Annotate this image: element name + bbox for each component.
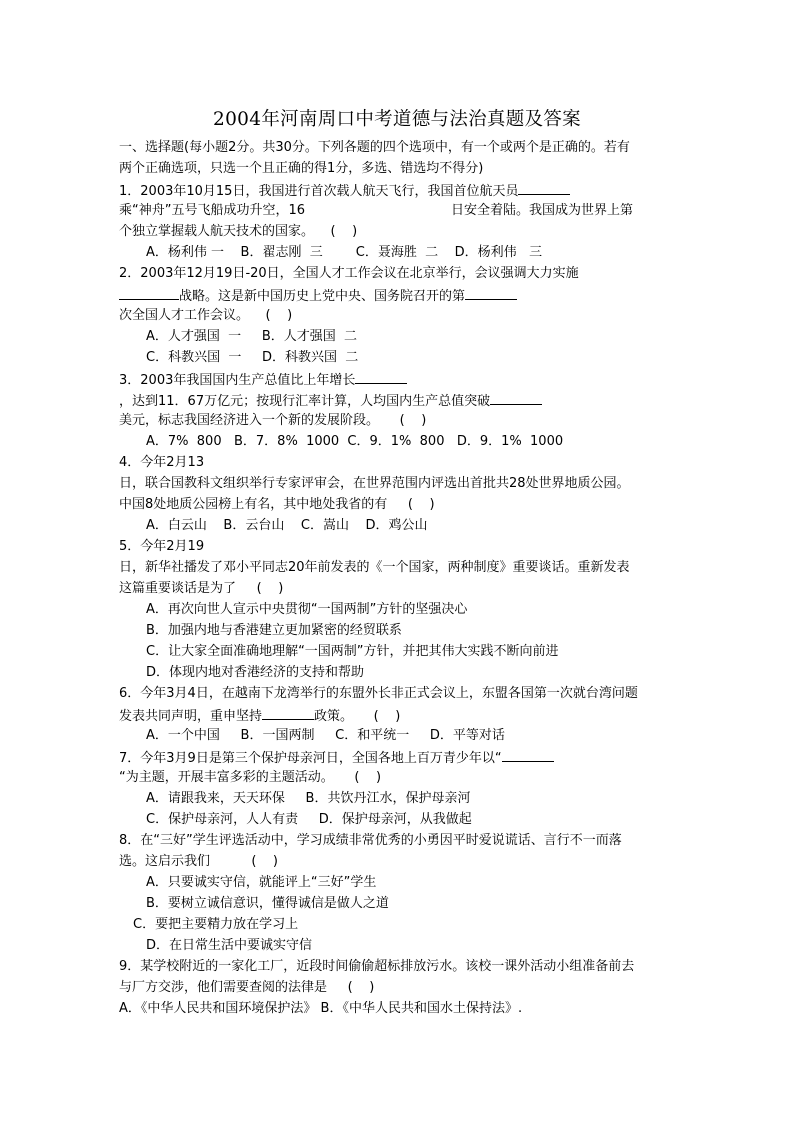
question-3-line-1: 3．2003年我国国内生产总值比上年增长 <box>119 371 407 389</box>
question-text: 日安全着陆。我国成为世界上第 <box>451 203 633 218</box>
question-8-line-2: 选。这启示我们 ( ) <box>119 854 278 870</box>
question-text: 战略。这是新中国历史上党中央、国务院召开的第 <box>179 289 465 304</box>
answer-blank <box>262 707 314 720</box>
question-6-line-1: 6．今年3月4日，在越南下龙湾举行的东盟外长非正式会议上，东盟各国第一次就台湾问… <box>119 686 638 702</box>
question-1-line-2: 乘“神舟”五号飞船成功升空，16日安全着陆。我国成为世界上第 <box>119 203 633 219</box>
answer-blank <box>490 392 542 405</box>
answer-blank <box>119 287 179 300</box>
answer-blank <box>465 287 517 300</box>
question-4-line-1: 4．今年2月13 <box>119 455 204 471</box>
question-5-line-3: 这篇重要谈话是为了 ( ) <box>119 581 283 597</box>
question-5-line-1: 5．今年2月19 <box>119 539 204 555</box>
question-5-option-d: D．体现内地对香港经济的支持和帮助 <box>146 665 364 681</box>
question-7-line-1: 7．今年3月9日是第三个保护母亲河日，全国各地上百万青少年以“ <box>119 749 554 767</box>
question-9-options: A．《中华人民共和国环境保护法》 B．《中华人民共和国水土保持法》. <box>119 1001 522 1017</box>
question-2-options-1: A．人才强国 一 B．人才强国 二 <box>146 329 357 345</box>
question-9-line-1: 9．某学校附近的一家化工厂，近段时间偷偷超标排放污水。该校一课外活动小组准备前去 <box>119 959 634 975</box>
question-3-line-2: ，达到11．67万亿元；按现行汇率计算，人均国内生产总值突破 <box>119 392 542 410</box>
question-5-option-a: A．再次向世人宣示中央贯彻“一国两制”方针的坚强决心 <box>146 602 467 618</box>
document-title: 2004年河南周口中考道德与法治真题及答案 <box>0 105 794 131</box>
question-5-option-c: C．让大家全面准确地理解“一国两制”方针，并把其伟大实践不断向前进 <box>146 644 559 660</box>
question-2-line-2: 战略。这是新中国历史上党中央、国务院召开的第 <box>119 287 517 305</box>
question-8-option-c: C．要把主要精力放在学习上 <box>133 917 298 933</box>
question-8-option-b: B．要树立诚信意识，懂得诚信是做人之道 <box>146 896 389 912</box>
question-text: 发表共同声明，重申坚持 <box>119 709 262 724</box>
question-7-options-2: C．保护母亲河，人人有责 D．保护母亲河，从我做起 <box>146 812 472 828</box>
question-6-options: A．一个中国 B．一国两制 C．和平统一 D．平等对话 <box>146 728 505 744</box>
question-3-options: A．7% 800 B．7．8% 1000 C．9．1% 800 D．9．1% 1… <box>146 434 563 450</box>
question-text: ，达到11．67万亿元；按现行汇率计算，人均国内生产总值突破 <box>119 394 490 409</box>
question-1-line-1: 1．2003年10月15日，我国进行首次载人航天飞行，我国首位航天员 <box>119 182 570 200</box>
question-2-line-3: 次全国人才工作会议。 ( ) <box>119 308 292 324</box>
question-text: 政策。 ( ) <box>314 709 400 724</box>
question-text: 1．2003年10月15日，我国进行首次载人航天飞行，我国首位航天员 <box>119 184 518 199</box>
question-1-line-3: 个独立掌握载人航天技术的国家。 ( ) <box>119 224 357 240</box>
section-instructions-line-2: 两个正确选项，只选一个且正确的得1分，多选、错选均不得分) <box>119 161 483 177</box>
question-4-line-3: 中国8处地质公园榜上有名，其中地处我省的有 ( ) <box>119 497 435 513</box>
question-1-options: A．杨利伟 一 B．翟志刚 三 C．聂海胜 二 D．杨利伟 三 <box>146 245 542 261</box>
question-5-option-b: B．加强内地与香港建立更加紧密的经贸联系 <box>146 623 402 639</box>
answer-blank <box>518 182 570 195</box>
document-page: 2004年河南周口中考道德与法治真题及答案 一、选择题(每小题2分。共30分。下… <box>0 0 794 1123</box>
section-instructions-line-1: 一、选择题(每小题2分。共30分。下列各题的四个选项中，有一个或两个是正确的。若… <box>119 140 630 156</box>
question-text: 7．今年3月9日是第三个保护母亲河日，全国各地上百万青少年以“ <box>119 751 502 766</box>
question-7-line-2: “为主题，开展丰富多彩的主题活动。 ( ) <box>119 770 381 786</box>
question-7-options-1: A．请跟我来，天天环保 B．共饮丹江水，保护母亲河 <box>146 791 470 807</box>
answer-blank <box>502 749 554 762</box>
question-2-options-2: C．科教兴国 一 D．科教兴国 二 <box>146 350 358 366</box>
question-2-line-1: 2．2003年12月19日-20日，全国人才工作会议在北京举行，会议强调大力实施 <box>119 266 579 282</box>
question-4-options: A．白云山 B．云台山 C．嵩山 D．鸡公山 <box>146 518 428 534</box>
question-text: 3．2003年我国国内生产总值比上年增长 <box>119 373 355 388</box>
question-5-line-2: 日，新华社播发了邓小平同志20年前发表的《一个国家，两种制度》重要谈话。重新发表 <box>119 560 630 576</box>
question-9-line-2: 与厂方交涉，他们需要查阅的法律是 ( ) <box>119 980 374 996</box>
question-8-option-d: D．在日常生活中要诚实守信 <box>146 938 312 954</box>
question-text: 乘“神舟”五号飞船成功升空，16 <box>119 203 305 218</box>
question-4-line-2: 日，联合国教科文组织举行专家评审会，在世界范围内评选出首批共28处世界地质公园。 <box>119 476 630 492</box>
question-8-option-a: A．只要诚实守信，就能评上“三好”学生 <box>146 875 376 891</box>
question-8-line-1: 8．在“三好”学生评选活动中，学习成绩非常优秀的小勇因平时爱说谎话、言行不一而落 <box>119 833 622 849</box>
question-3-line-3: 美元，标志我国经济进入一个新的发展阶段。 ( ) <box>119 413 426 429</box>
question-6-line-2: 发表共同声明，重申坚持政策。 ( ) <box>119 707 400 725</box>
answer-blank <box>355 371 407 384</box>
